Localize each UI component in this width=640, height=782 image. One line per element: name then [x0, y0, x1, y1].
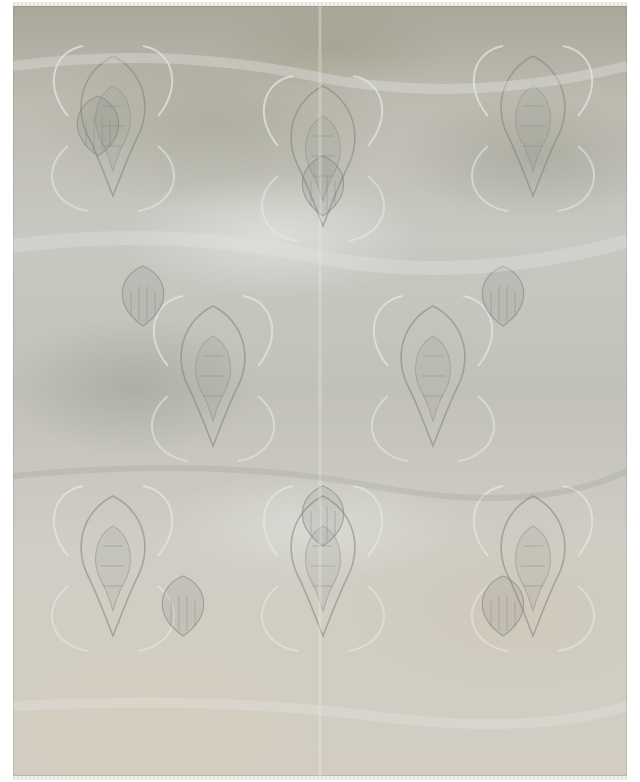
bottom-fringe	[13, 776, 627, 780]
damask-pattern	[13, 6, 627, 776]
